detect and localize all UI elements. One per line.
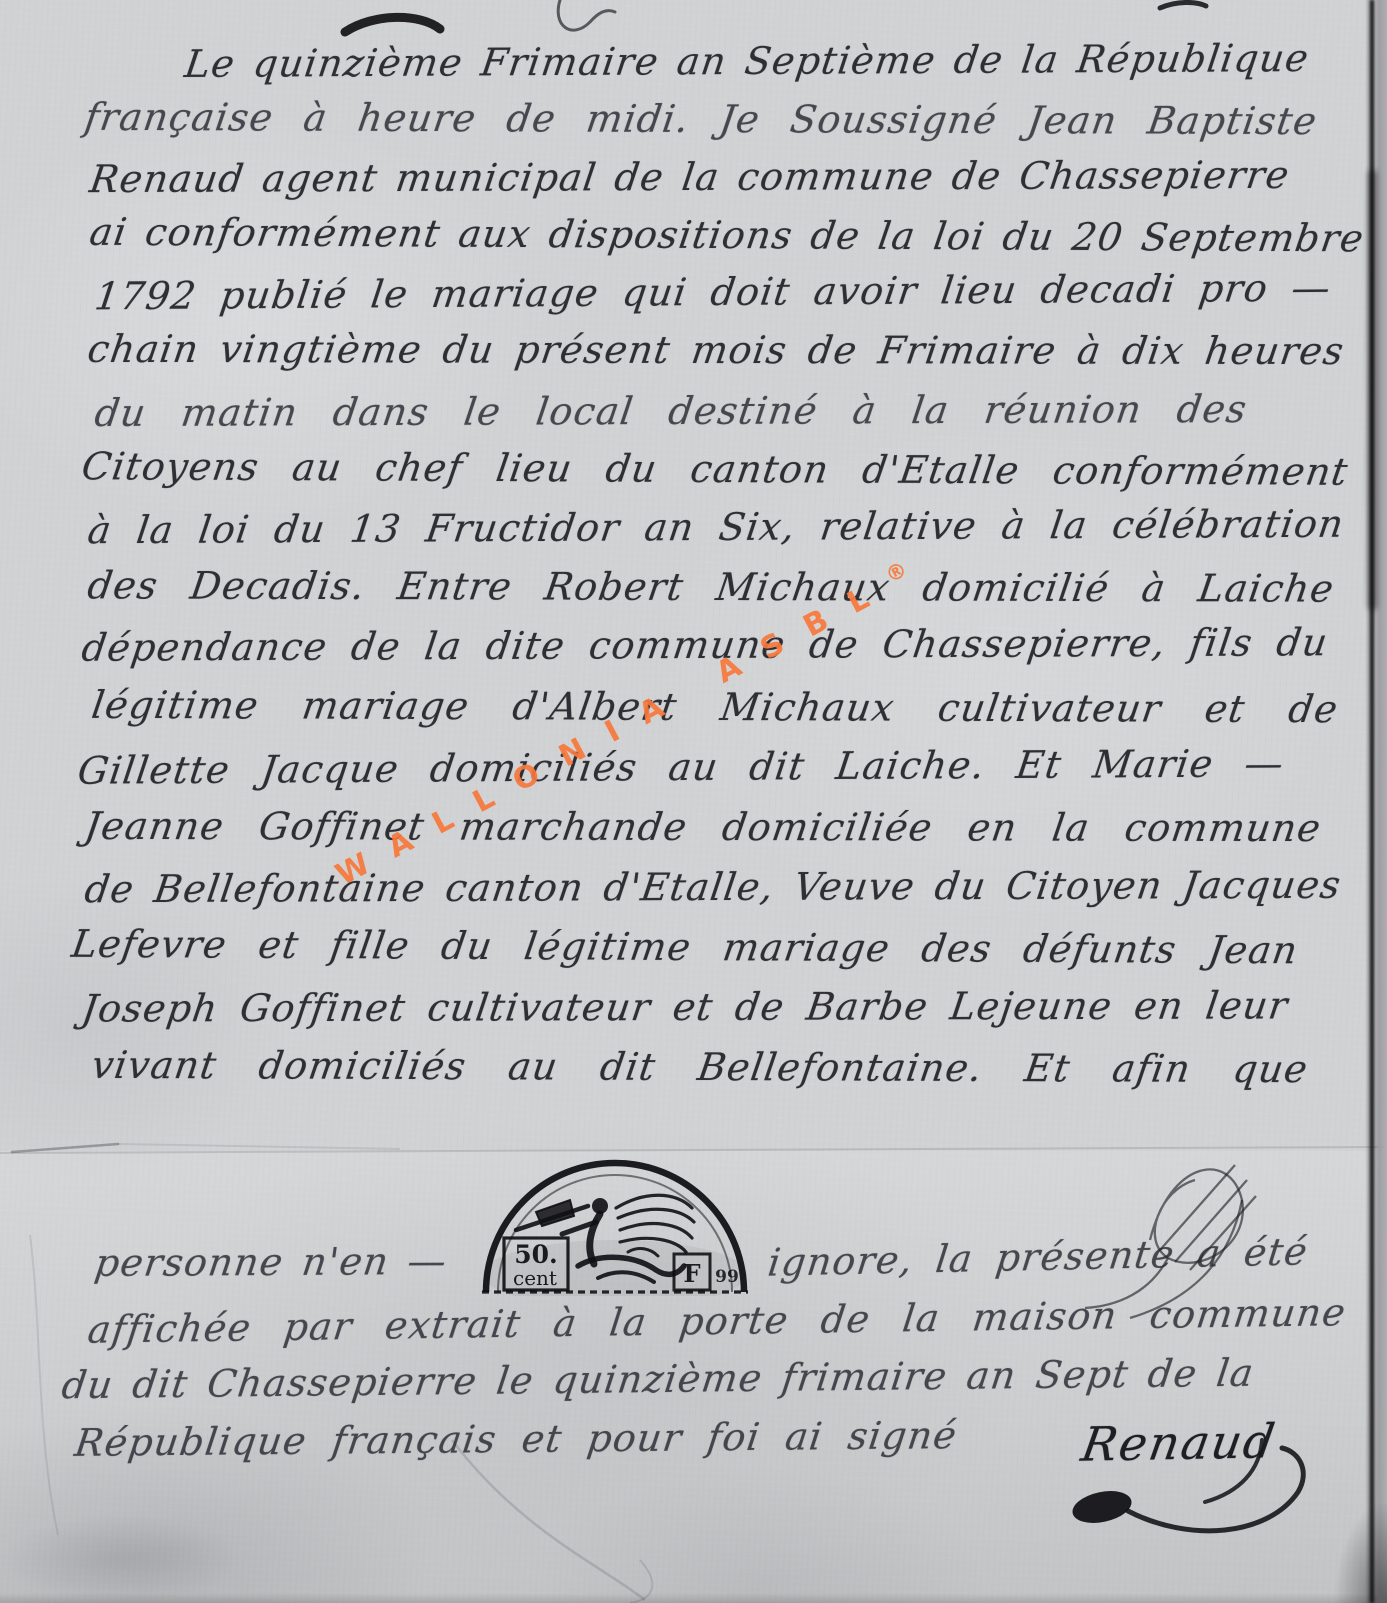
- manuscript-line: 1792 publié le mariage qui doit avoir li…: [92, 269, 1333, 318]
- stamp-monogram: F: [683, 1259, 700, 1288]
- manuscript-line: Gillette Jacque domiciliés au dit Laiche…: [75, 744, 1286, 791]
- stamp-marks: 99: [715, 1267, 739, 1287]
- manuscript-line: dépendance de la dite commune de Chassep…: [79, 623, 1330, 668]
- manuscript-line: Le quinzième Frimaire an Septième de la …: [182, 39, 1309, 85]
- manuscript-line: vivant domiciliés au dit Bellefontaine. …: [89, 1046, 1311, 1090]
- manuscript-line: République français et pour foi ai signé: [72, 1416, 959, 1464]
- manuscript-line: Renaud agent municipal de la commune de …: [87, 156, 1282, 200]
- manuscript-line: du matin dans le local destiné à la réun…: [92, 390, 1249, 434]
- manuscript-line: française à heure de midi. Je Soussigné …: [82, 98, 1320, 142]
- stamp-unit: cent: [513, 1266, 557, 1290]
- manuscript-line: de Bellefontaine canton d'Etalle, Veuve …: [82, 866, 1343, 910]
- manuscript-line: Jeanne Goffinet marchande domiciliée en …: [82, 807, 1324, 849]
- stamp-value: 50.: [514, 1240, 558, 1269]
- signature: Renaud: [1078, 1414, 1281, 1473]
- manuscript-line: chain vingtième du présent mois de Frima…: [85, 330, 1347, 372]
- manuscript-line: ai conformément aux dispositions de la l…: [87, 213, 1339, 259]
- revenue-stamp: 50. cent F 99: [478, 1156, 752, 1296]
- manuscript-text: Le quinzième Frimaire an Septième de la …: [0, 0, 1387, 1603]
- manuscript-line: ignore, la présente a été: [766, 1232, 1311, 1283]
- manuscript-line: à la loi du 13 Fructidor an Six, relativ…: [85, 505, 1346, 551]
- manuscript-line: Lefevre et fille du légitime mariage des…: [69, 925, 1301, 971]
- manuscript-line: Joseph Goffinet cultivateur et de Barbe …: [79, 986, 1290, 1029]
- manuscript-line: des Decadis. Entre Robert Michaux domici…: [85, 566, 1337, 609]
- manuscript-line: personne n'en —: [92, 1242, 449, 1284]
- scanned-manuscript-page: Le quinzième Frimaire an Septième de la …: [0, 0, 1387, 1603]
- manuscript-line: affichée par extrait à la porte de la ma…: [86, 1293, 1349, 1351]
- manuscript-line: Citoyens au chef lieu du canton d'Etalle…: [79, 447, 1351, 492]
- manuscript-line: du dit Chassepierre le quinzième frimair…: [59, 1354, 1256, 1406]
- manuscript-line: légitime mariage d'Albert Michaux cultiv…: [89, 686, 1341, 730]
